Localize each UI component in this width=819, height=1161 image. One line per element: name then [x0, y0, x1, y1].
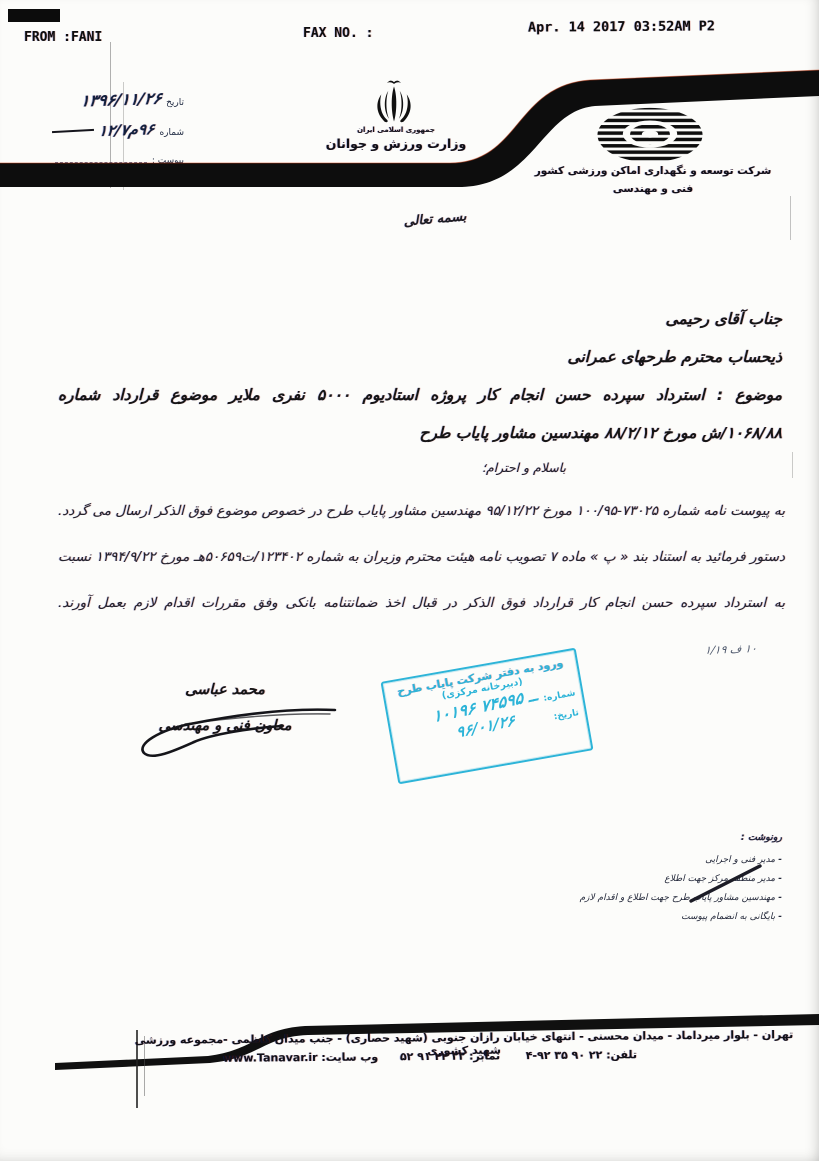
recipient-block: جناب آقای رحیمی ذیحساب محترم طرحهای عمرا…: [58, 300, 782, 452]
company-name: شرکت توسعه و نگهداری اماکن ورزشی کشور: [528, 165, 778, 177]
fax-header-timestamp: Apr. 14 2017 03:52AM P2: [528, 18, 715, 35]
dash-bullet: -: [775, 893, 782, 903]
besmeleh-text: بسمه تعالی: [380, 207, 491, 232]
footer-fax-label: نمابر:: [469, 1049, 500, 1062]
footer-website-label: وب سایت:: [321, 1050, 378, 1063]
subject-line-1: موضوع : استرداد سپرده حسن انجام کار پروژ…: [58, 376, 782, 414]
footer-phone-value: ۲۲ ۹۰ ۳۵ ۹۲-۴: [526, 1048, 603, 1062]
company-division: فنی و مهندسی: [528, 183, 778, 195]
footer-phone-label: تلفن:: [606, 1048, 637, 1061]
dash-bullet: -: [775, 874, 782, 884]
body-paragraph: به پیوست نامه شماره ۷۳۰۲۵-۱۰۰/۹۵ مورخ ۹۵…: [58, 488, 785, 673]
cc-label: رونوشت :: [470, 832, 782, 843]
cc-item: - بایگانی به انضمام پیوست: [470, 908, 782, 927]
fax-header-from: FROM :FANI: [24, 30, 102, 45]
signature-name: محمد عباسی: [150, 682, 300, 698]
footer-website-url: www.Tanavar.ir: [223, 1051, 318, 1065]
stamp-date-label: تاریخ:: [553, 708, 580, 722]
dash-bullet: -: [775, 855, 782, 865]
subject-line-2: ۱۰۶۸/۸۸/ش مورخ ۸۸/۲/۱۲ مهندسین مشاور پای…: [58, 414, 782, 452]
company-logo-icon: [592, 106, 708, 164]
scan-artifact-line: [792, 452, 793, 478]
salutation: باسلام و احترام؛: [482, 460, 782, 475]
fax-header-number-label: FAX NO. :: [303, 26, 373, 41]
fax-scan-page: FROM :FANI FAX NO. : Apr. 14 2017 03:52A…: [0, 0, 819, 1161]
footer-fax-value: ۲۲ ۲۲ ۹۱ ۵۲: [400, 1050, 465, 1064]
fax-scan-black-mark: [8, 9, 60, 22]
body-handwritten-note: ۱۰ ف ۱/۱۹: [702, 626, 760, 674]
recipient-name: جناب آقای رحیمی: [58, 300, 782, 338]
signature-scribble: [130, 698, 340, 773]
dash-bullet: -: [775, 912, 782, 922]
pen-check-mark: [688, 862, 764, 904]
recipient-title: ذیحساب محترم طرحهای عمرانی: [58, 338, 782, 376]
scan-artifact-line: [790, 196, 791, 240]
body-text: به پیوست نامه شماره ۷۳۰۲۵-۱۰۰/۹۵ مورخ ۹۵…: [58, 503, 785, 611]
